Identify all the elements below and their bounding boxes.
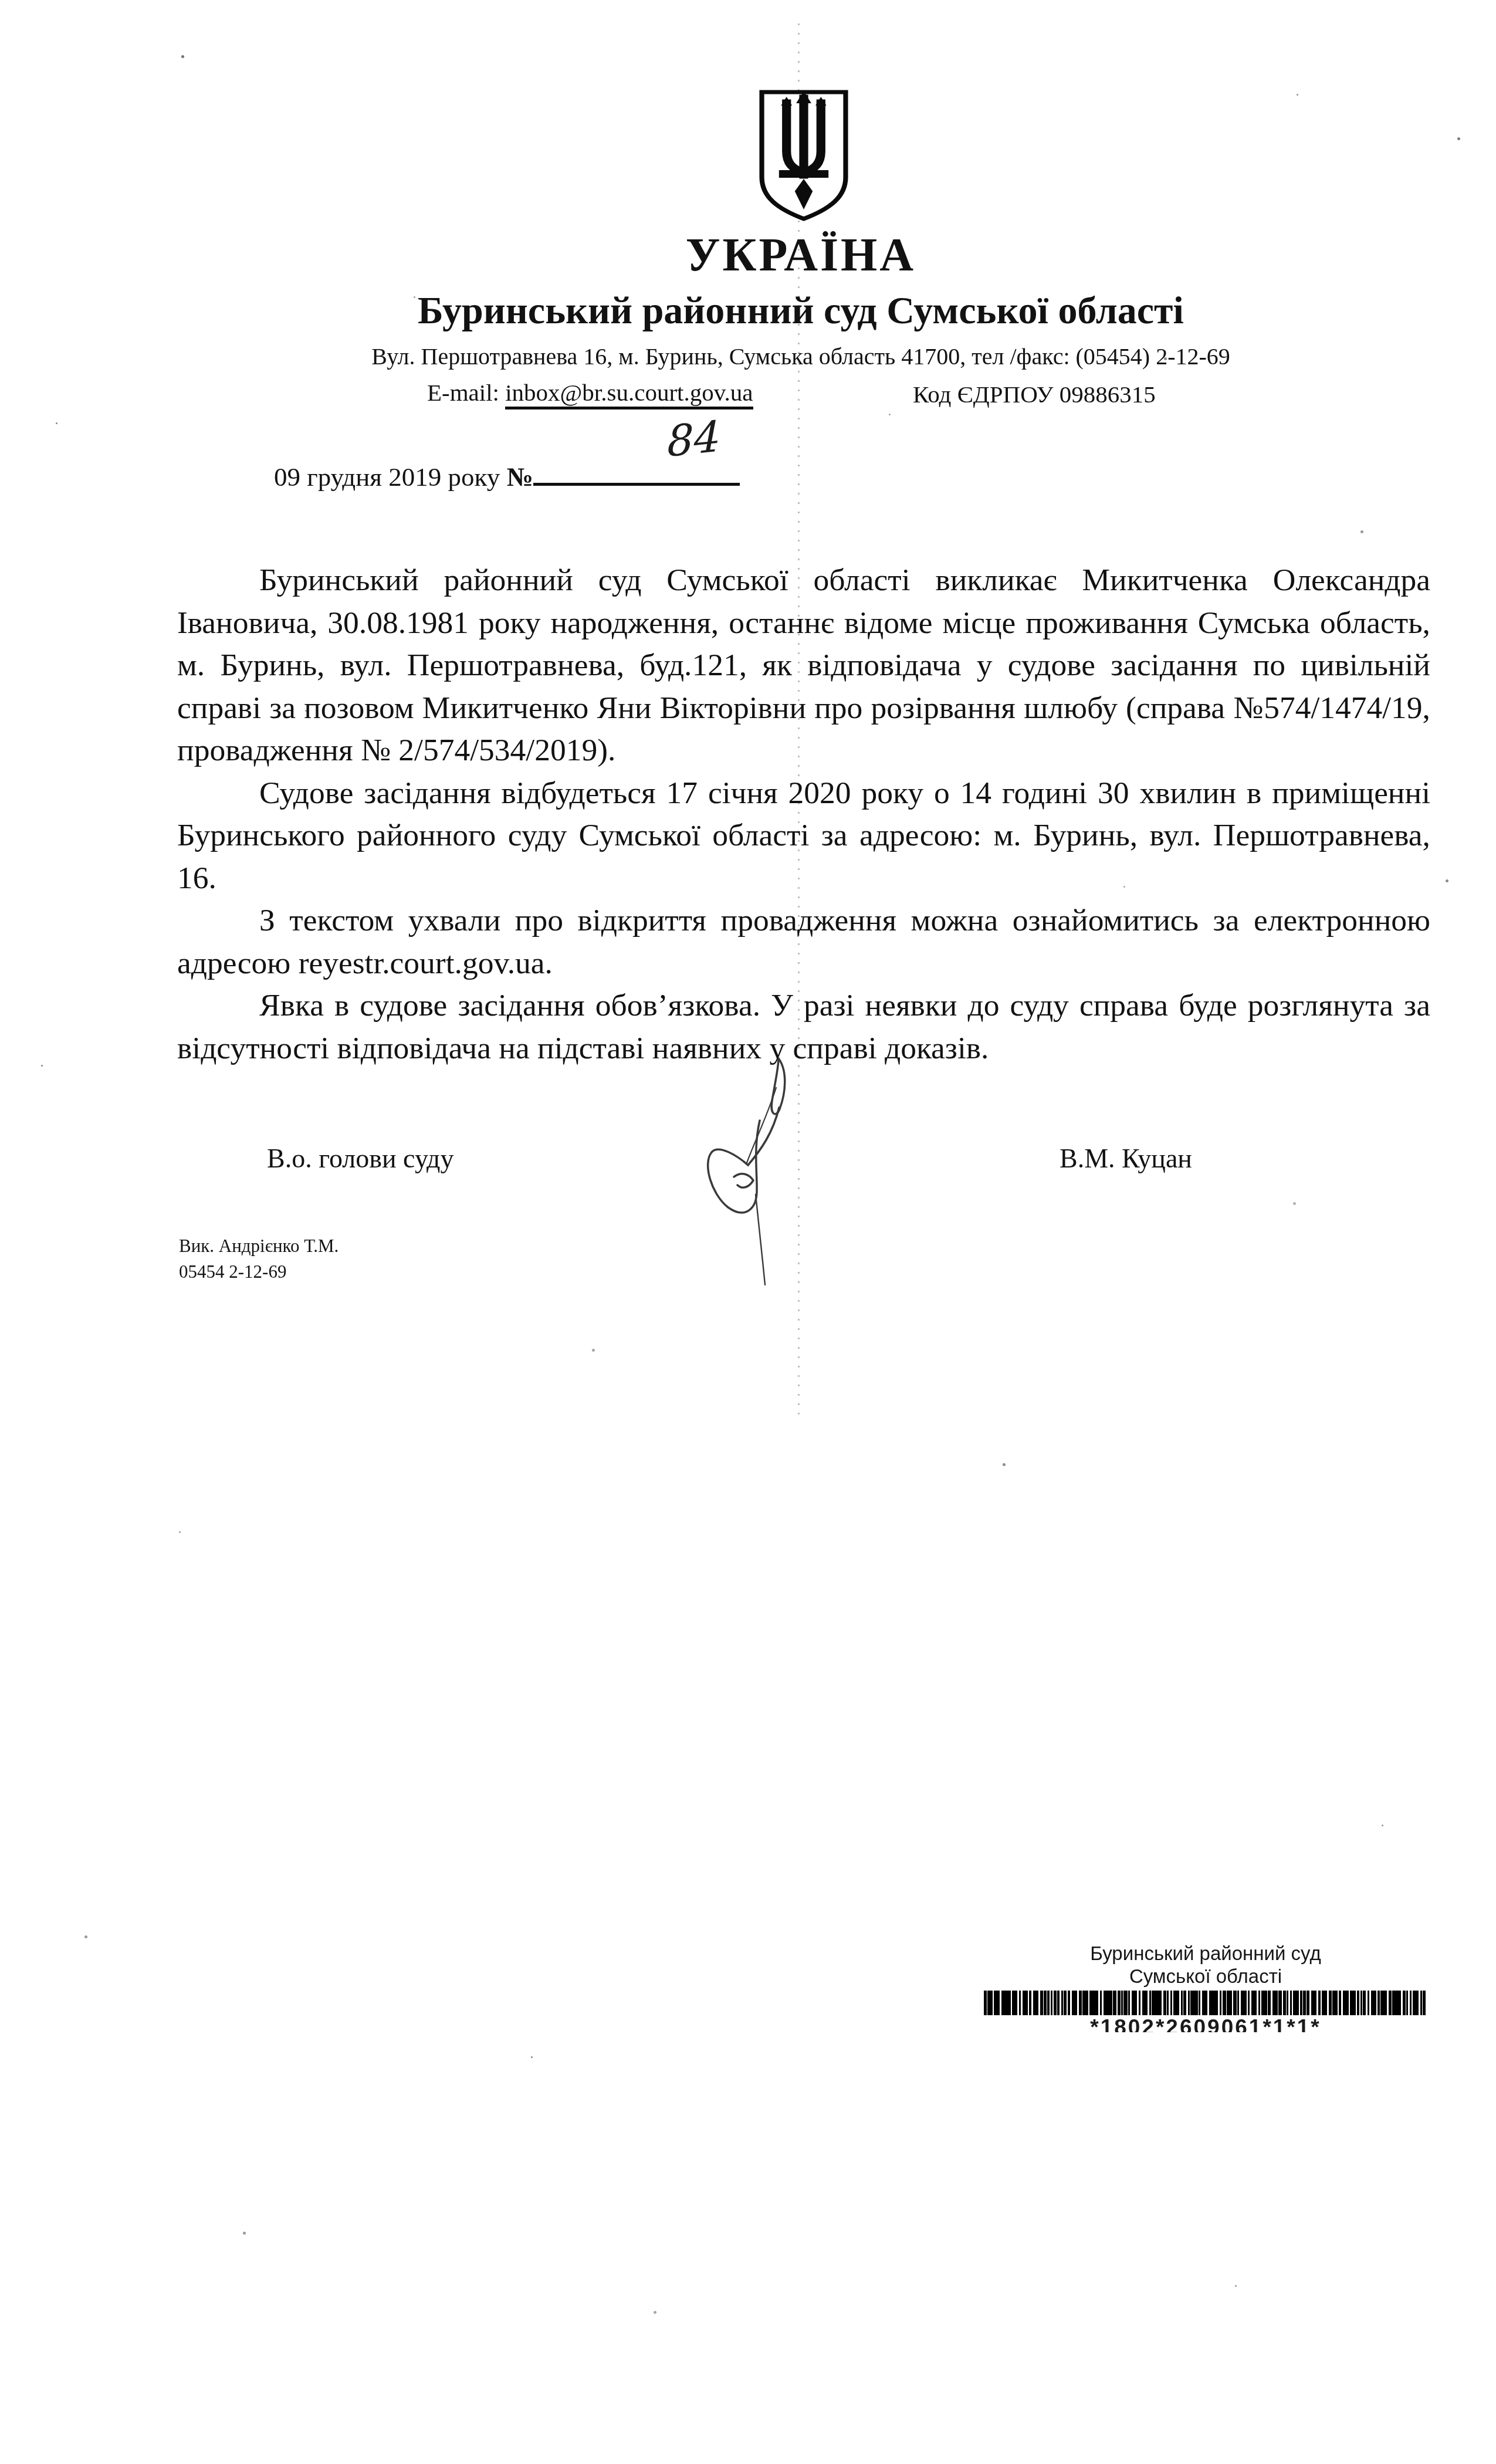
ukraine-coat-of-arms-icon — [756, 88, 852, 223]
court-name-heading: Буринський районний суд Сумської області — [176, 289, 1426, 333]
edrpou-code: Код ЄДРПОУ 09886315 — [913, 380, 1156, 408]
scanned-court-summons-document: УКРАЇНА Буринський районний суд Сумської… — [0, 0, 1496, 2464]
email-line: E-mail: inbox@br.su.court.gov.ua — [427, 378, 753, 407]
paragraph-attendance-warning: Явка в судове засідання обов’язкова. У р… — [177, 984, 1430, 1069]
email-address: inbox@br.su.court.gov.ua — [505, 379, 753, 409]
document-number-blank-line: 84 — [533, 456, 740, 486]
barcode-caption: *1802*2609061*1*1* — [974, 2015, 1437, 2032]
date-and-number-line: 09 грудня 2019 року №84 — [274, 456, 740, 492]
executor-phone: 05454 2-12-69 — [179, 1259, 339, 1285]
court-address-line: Вул. Першотравнева 16, м. Буринь, Сумськ… — [176, 343, 1426, 370]
country-title: УКРАЇНА — [176, 229, 1426, 282]
handwritten-document-number: 84 — [667, 411, 720, 466]
paragraph-summons: Буринський районний суд Сумської області… — [177, 559, 1430, 771]
paragraph-hearing-datetime: Судове засідання відбудеться 17 січня 20… — [177, 771, 1430, 899]
date-text: 09 грудня 2019 року — [274, 462, 500, 492]
executor-note: Вик. Андрієнко Т.М. 05454 2-12-69 — [179, 1233, 339, 1285]
numero-sign: № — [506, 462, 533, 492]
paragraph-ruling-access: З текстом ухвали про відкриття проваджен… — [177, 899, 1430, 984]
signer-position-label: В.о. голови суду — [267, 1143, 453, 1174]
email-label: E-mail: — [427, 379, 499, 406]
registry-stamp: Буринський районний суд Сумської області… — [974, 1942, 1437, 2032]
stamp-court-line2: Сумської області — [974, 1965, 1437, 1988]
scan-noise-specks — [0, 0, 2, 2]
barcode-icon — [984, 1991, 1427, 2015]
stamp-court-line1: Буринський районний суд — [974, 1942, 1437, 1965]
trident-shield-graphic — [756, 88, 852, 223]
letter-body: Буринський районний суд Сумської області… — [177, 559, 1430, 1069]
signer-name: В.М. Куцан — [1060, 1143, 1192, 1174]
handwritten-signature — [695, 1051, 801, 1286]
executor-name: Вик. Андрієнко Т.М. — [179, 1233, 339, 1259]
